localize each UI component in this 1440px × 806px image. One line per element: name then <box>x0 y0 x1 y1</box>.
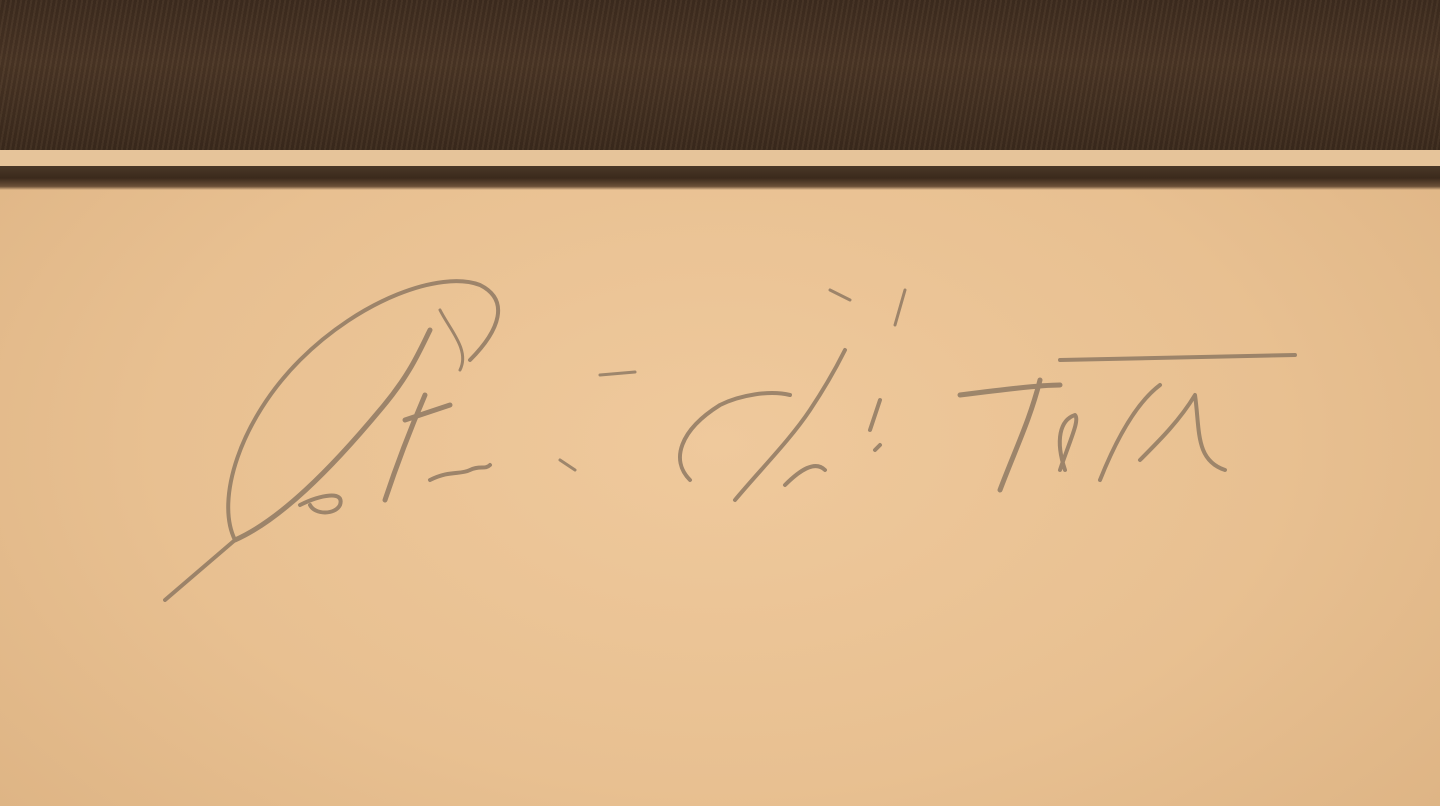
pencil-signature <box>0 0 1440 806</box>
